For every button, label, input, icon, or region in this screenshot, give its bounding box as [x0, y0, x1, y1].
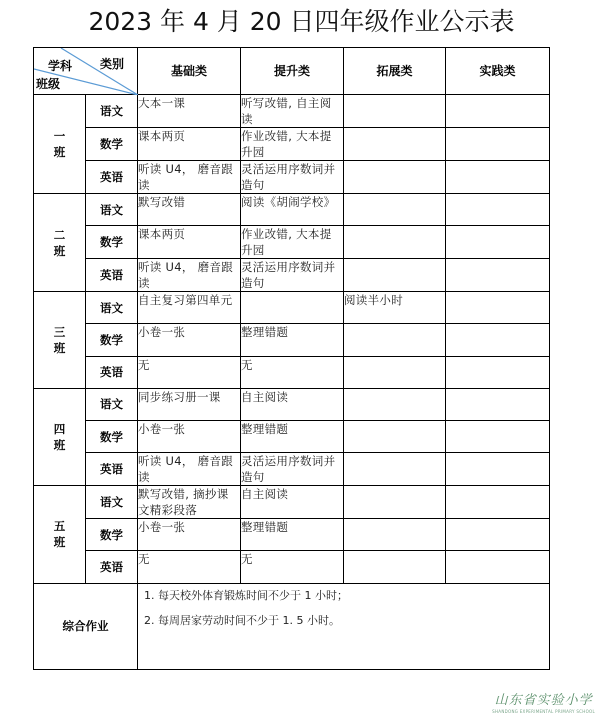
table-row: 英语听读 U4， 磨音跟读灵活运用序数词并造句 [34, 161, 550, 194]
homework-cell-extended: 阅读半小时 [344, 292, 446, 324]
homework-cell-extended [344, 551, 446, 583]
homework-cell-basic: 小卷一张 [138, 324, 241, 356]
class-number: 五 [34, 518, 85, 534]
header-row: 学科 类别 班级 基础类 提升类 拓展类 实践类 [34, 48, 550, 95]
class-number: 四 [34, 421, 85, 437]
subject-cell: 英语 [86, 356, 138, 388]
column-header-extended: 拓展类 [344, 48, 446, 95]
table-row: 一班语文大本一课听写改错, 自主阅读 [34, 95, 550, 128]
table-row: 数学小卷一张整理错题 [34, 519, 550, 551]
homework-cell-advanced: 灵活运用序数词并造句 [241, 259, 344, 292]
homework-cell-advanced: 整理错题 [241, 519, 344, 551]
homework-cell-extended [344, 128, 446, 161]
homework-cell-basic: 大本一课 [138, 95, 241, 128]
category-axis-label: 类别 [100, 56, 124, 72]
subject-cell: 英语 [86, 453, 138, 486]
homework-cell-basic: 听读 U4， 磨音跟读 [138, 453, 241, 486]
homework-cell-basic: 小卷一张 [138, 420, 241, 452]
homework-cell-practice [446, 194, 550, 226]
homework-cell-advanced: 整理错题 [241, 324, 344, 356]
homework-cell-basic: 听读 U4， 磨音跟读 [138, 161, 241, 194]
homework-cell-advanced: 整理错题 [241, 420, 344, 452]
subject-cell: 语文 [86, 486, 138, 519]
summary-row: 综合作业1. 每天校外体育锻炼时间不少于 1 小时；2. 每周居家劳动时间不少于… [34, 583, 550, 669]
class-suffix: 班 [34, 340, 85, 356]
homework-cell-practice [446, 128, 550, 161]
class-name-cell: 二班 [34, 194, 86, 292]
table-row: 数学课本两页作业改错, 大本提升园 [34, 128, 550, 161]
homework-cell-basic: 课本两页 [138, 128, 241, 161]
class-suffix: 班 [34, 437, 85, 453]
table-row: 二班语文默写改错阅读《胡闹学校》 [34, 194, 550, 226]
homework-cell-basic: 默写改错, 摘抄课文精彩段落 [138, 486, 241, 519]
homework-cell-practice [446, 453, 550, 486]
subject-cell: 英语 [86, 551, 138, 583]
class-suffix: 班 [34, 243, 85, 259]
homework-cell-advanced: 阅读《胡闹学校》 [241, 194, 344, 226]
homework-cell-basic: 同步练习册一课 [138, 388, 241, 420]
homework-cell-basic: 无 [138, 356, 241, 388]
subject-cell: 语文 [86, 292, 138, 324]
subject-cell: 英语 [86, 259, 138, 292]
homework-cell-practice [446, 420, 550, 452]
homework-cell-extended [344, 420, 446, 452]
class-axis-label: 班级 [36, 76, 60, 92]
homework-cell-practice [446, 388, 550, 420]
homework-cell-basic: 听读 U4， 磨音跟读 [138, 259, 241, 292]
subject-cell: 语文 [86, 388, 138, 420]
column-header-practice: 实践类 [446, 48, 550, 95]
homework-cell-extended [344, 519, 446, 551]
homework-cell-basic: 无 [138, 551, 241, 583]
corner-header-cell: 学科 类别 班级 [34, 48, 138, 95]
class-number: 三 [34, 324, 85, 340]
page-title: 2023 年 4 月 20 日四年级作业公示表 [0, 4, 603, 40]
school-watermark: 山东省实验小学 SHANDONG EXPERIMENTAL PRIMARY SC… [492, 689, 595, 714]
homework-cell-extended [344, 486, 446, 519]
subject-cell: 数学 [86, 226, 138, 259]
homework-cell-practice [446, 519, 550, 551]
homework-cell-advanced: 作业改错, 大本提升园 [241, 128, 344, 161]
class-suffix: 班 [34, 144, 85, 160]
subject-cell: 英语 [86, 161, 138, 194]
homework-cell-practice [446, 356, 550, 388]
table-row: 四班语文同步练习册一课自主阅读 [34, 388, 550, 420]
homework-cell-advanced: 自主阅读 [241, 486, 344, 519]
homework-cell-basic: 自主复习第四单元 [138, 292, 241, 324]
class-name-cell: 三班 [34, 292, 86, 389]
subject-cell: 语文 [86, 194, 138, 226]
homework-cell-basic: 课本两页 [138, 226, 241, 259]
summary-line: 2. 每周居家劳动时间不少于 1. 5 小时。 [138, 613, 549, 629]
homework-cell-advanced [241, 292, 344, 324]
class-name-cell: 四班 [34, 388, 86, 485]
class-suffix: 班 [34, 534, 85, 550]
subject-cell: 数学 [86, 519, 138, 551]
homework-cell-advanced: 自主阅读 [241, 388, 344, 420]
table-row: 英语无无 [34, 356, 550, 388]
homework-cell-extended [344, 259, 446, 292]
homework-cell-extended [344, 161, 446, 194]
homework-cell-advanced: 听写改错, 自主阅读 [241, 95, 344, 128]
table-row: 数学小卷一张整理错题 [34, 420, 550, 452]
table-row: 英语无无 [34, 551, 550, 583]
homework-cell-advanced: 无 [241, 356, 344, 388]
class-name-cell: 一班 [34, 95, 86, 194]
watermark-cn: 山东省实验小学 [492, 689, 595, 708]
homework-cell-extended [344, 226, 446, 259]
subject-axis-label: 学科 [48, 58, 72, 74]
column-header-basic: 基础类 [138, 48, 241, 95]
homework-cell-advanced: 灵活运用序数词并造句 [241, 161, 344, 194]
homework-cell-practice [446, 486, 550, 519]
summary-content: 1. 每天校外体育锻炼时间不少于 1 小时；2. 每周居家劳动时间不少于 1. … [138, 583, 550, 669]
homework-table: 学科 类别 班级 基础类 提升类 拓展类 实践类 一班语文大本一课听写改错, 自… [33, 47, 550, 670]
table-row: 英语听读 U4， 磨音跟读灵活运用序数词并造句 [34, 259, 550, 292]
table-row: 数学小卷一张整理错题 [34, 324, 550, 356]
table-row: 数学课本两页作业改错, 大本提升园 [34, 226, 550, 259]
homework-cell-extended [344, 388, 446, 420]
homework-cell-practice [446, 226, 550, 259]
homework-cell-extended [344, 194, 446, 226]
class-number: 二 [34, 227, 85, 243]
watermark-en: SHANDONG EXPERIMENTAL PRIMARY SCHOOL [492, 709, 595, 714]
homework-cell-advanced: 无 [241, 551, 344, 583]
table-row: 三班语文自主复习第四单元阅读半小时 [34, 292, 550, 324]
subject-cell: 数学 [86, 420, 138, 452]
homework-cell-advanced: 灵活运用序数词并造句 [241, 453, 344, 486]
summary-line: 1. 每天校外体育锻炼时间不少于 1 小时； [138, 588, 549, 604]
homework-cell-practice [446, 161, 550, 194]
table-row: 英语听读 U4， 磨音跟读灵活运用序数词并造句 [34, 453, 550, 486]
class-name-cell: 五班 [34, 486, 86, 583]
class-number: 一 [34, 128, 85, 144]
subject-cell: 数学 [86, 324, 138, 356]
table-row: 五班语文默写改错, 摘抄课文精彩段落自主阅读 [34, 486, 550, 519]
homework-cell-practice [446, 95, 550, 128]
homework-cell-advanced: 作业改错, 大本提升园 [241, 226, 344, 259]
homework-cell-basic: 小卷一张 [138, 519, 241, 551]
column-header-advanced: 提升类 [241, 48, 344, 95]
homework-cell-practice [446, 324, 550, 356]
subject-cell: 数学 [86, 128, 138, 161]
homework-cell-extended [344, 453, 446, 486]
homework-cell-extended [344, 324, 446, 356]
subject-cell: 语文 [86, 95, 138, 128]
homework-cell-practice [446, 292, 550, 324]
homework-cell-extended [344, 356, 446, 388]
homework-cell-practice [446, 551, 550, 583]
summary-label: 综合作业 [34, 583, 138, 669]
homework-cell-practice [446, 259, 550, 292]
homework-cell-extended [344, 95, 446, 128]
homework-cell-basic: 默写改错 [138, 194, 241, 226]
